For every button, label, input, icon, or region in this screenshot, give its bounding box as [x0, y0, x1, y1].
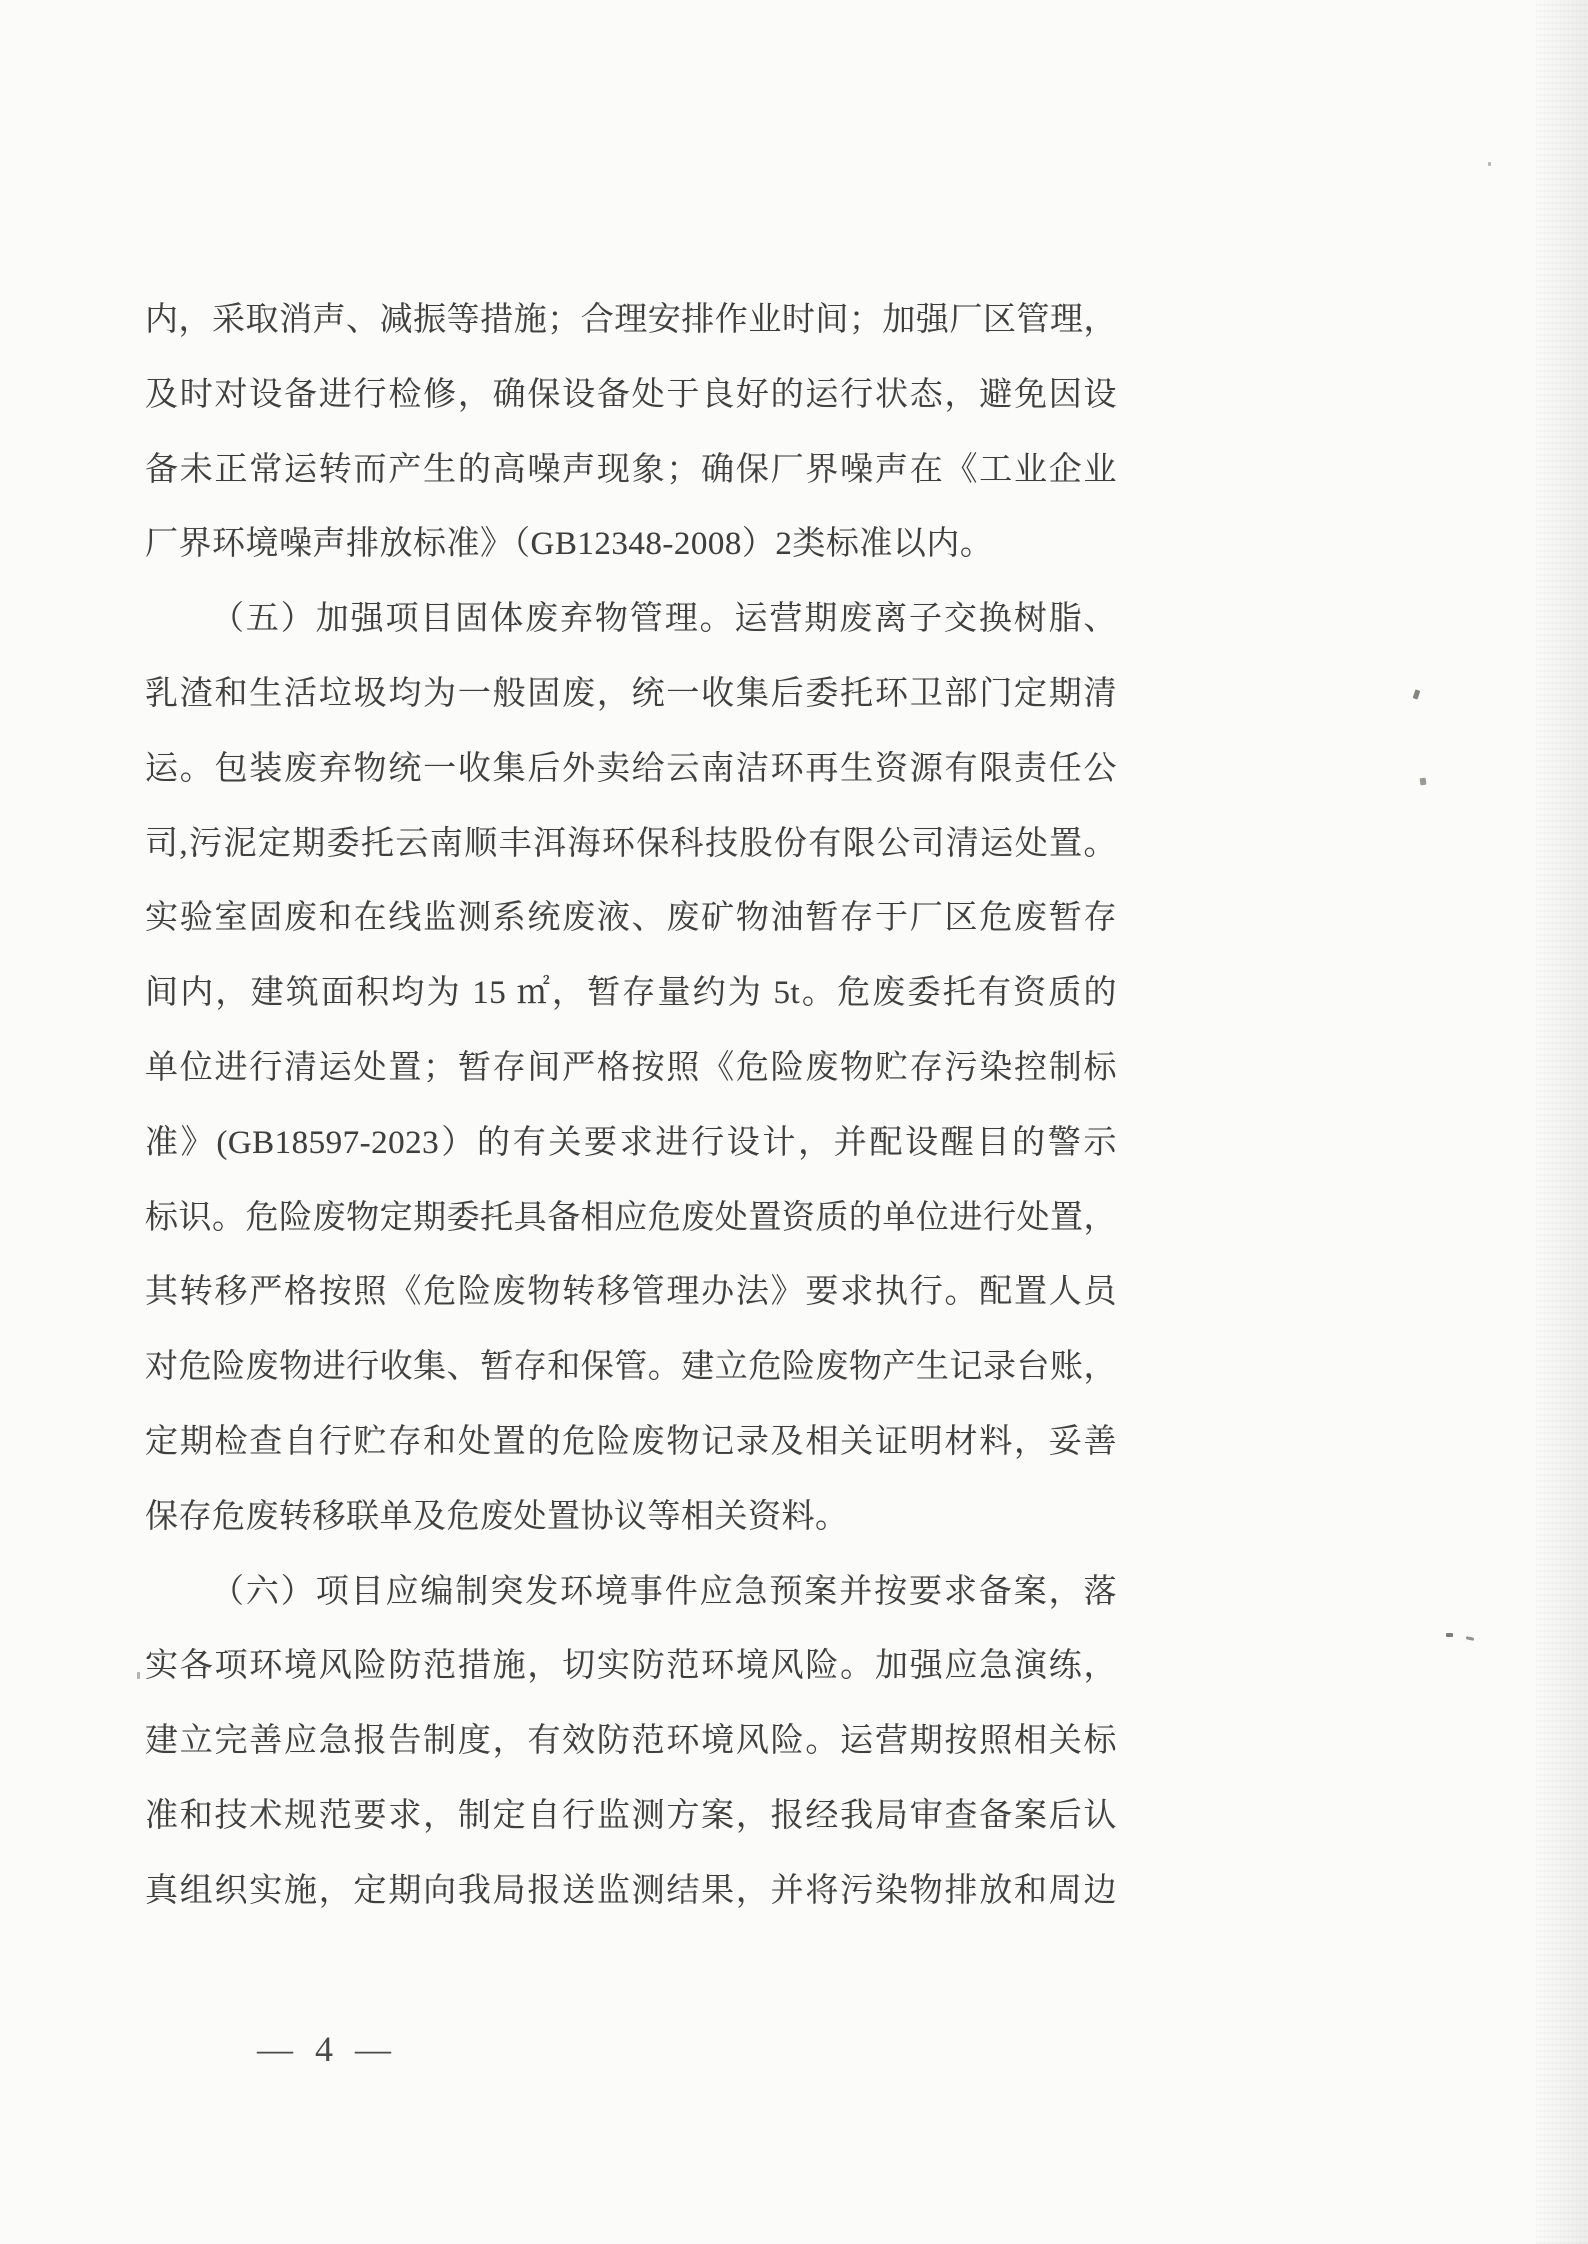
- text-line: 厂界环境噪声排放标准》（GB12348-2008）2类标准以内。: [145, 507, 1117, 582]
- text-line: 真组织实施，定期向我局报送监测结果，并将污染物排放和周边: [145, 1854, 1117, 1929]
- text-line: 司,污泥定期委托云南顺丰洱海环保科技股份有限公司清运处置。: [145, 807, 1117, 882]
- text-line: 及时对设备进行检修，确保设备处于良好的运行状态，避免因设: [145, 358, 1117, 433]
- scan-speck: [1413, 689, 1421, 699]
- text-line: 乳渣和生活垃圾均为一般固废，统一收集后委托环卫部门定期清: [145, 657, 1117, 732]
- text-block: 内，采取消声、减振等措施；合理安排作业时间；加强厂区管理，及时对设备进行检修，确…: [145, 283, 1117, 1929]
- text-line: 定期检查自行贮存和处置的危险废物记录及相关证明材料，妥善: [145, 1405, 1117, 1480]
- footer-dash-right: —: [355, 2028, 391, 2070]
- page-number: 4: [315, 2028, 333, 2070]
- text-line: 备未正常运转而产生的高噪声现象；确保厂界噪声在《工业企业: [145, 433, 1117, 508]
- scan-speck: [137, 1672, 140, 1679]
- text-line: 内，采取消声、减振等措施；合理安排作业时间；加强厂区管理，: [145, 283, 1117, 358]
- footer-dash-left: —: [257, 2028, 293, 2070]
- text-line: 保存危废转移联单及危废处置协议等相关资料。: [145, 1480, 1117, 1555]
- text-line: 对危险废物进行收集、暂存和保管。建立危险废物产生记录台账，: [145, 1330, 1117, 1405]
- scan-speck: [1466, 1636, 1474, 1641]
- text-line: （六）项目应编制突发环境事件应急预案并按要求备案，落: [145, 1555, 1117, 1630]
- page-footer: — 4 —: [257, 2028, 391, 2070]
- text-line: 标识。危险废物定期委托具备相应危废处置资质的单位进行处置，: [145, 1181, 1117, 1256]
- document-page: 内，采取消声、减振等措施；合理安排作业时间；加强厂区管理，及时对设备进行检修，确…: [0, 0, 1588, 2244]
- text-line: 准》(GB18597-2023）的有关要求进行设计，并配设醒目的警示: [145, 1106, 1117, 1181]
- scan-speck: [1420, 778, 1427, 786]
- scan-speck: [1488, 162, 1491, 166]
- text-line: 准和技术规范要求，制定自行监测方案，报经我局审查备案后认: [145, 1779, 1117, 1854]
- text-line: 运。包装废弃物统一收集后外卖给云南洁环再生资源有限责任公: [145, 732, 1117, 807]
- text-line: 实验室固废和在线监测系统废液、废矿物油暂存于厂区危废暂存: [145, 881, 1117, 956]
- scan-speck: [1446, 1633, 1453, 1637]
- text-line: 间内，建筑面积均为 15 ㎡，暂存量约为 5t。危废委托有资质的: [145, 956, 1117, 1031]
- text-line: 其转移严格按照《危险废物转移管理办法》要求执行。配置人员: [145, 1255, 1117, 1330]
- text-line: 单位进行清运处置；暂存间严格按照《危险废物贮存污染控制标: [145, 1031, 1117, 1106]
- text-line: 建立完善应急报告制度，有效防范环境风险。运营期按照相关标: [145, 1704, 1117, 1779]
- text-line: 实各项环境风险防范措施，切实防范环境风险。加强应急演练，: [145, 1629, 1117, 1704]
- scan-edge-shading: [1536, 0, 1588, 2244]
- text-line: （五）加强项目固体废弃物管理。运营期废离子交换树脂、: [145, 582, 1117, 657]
